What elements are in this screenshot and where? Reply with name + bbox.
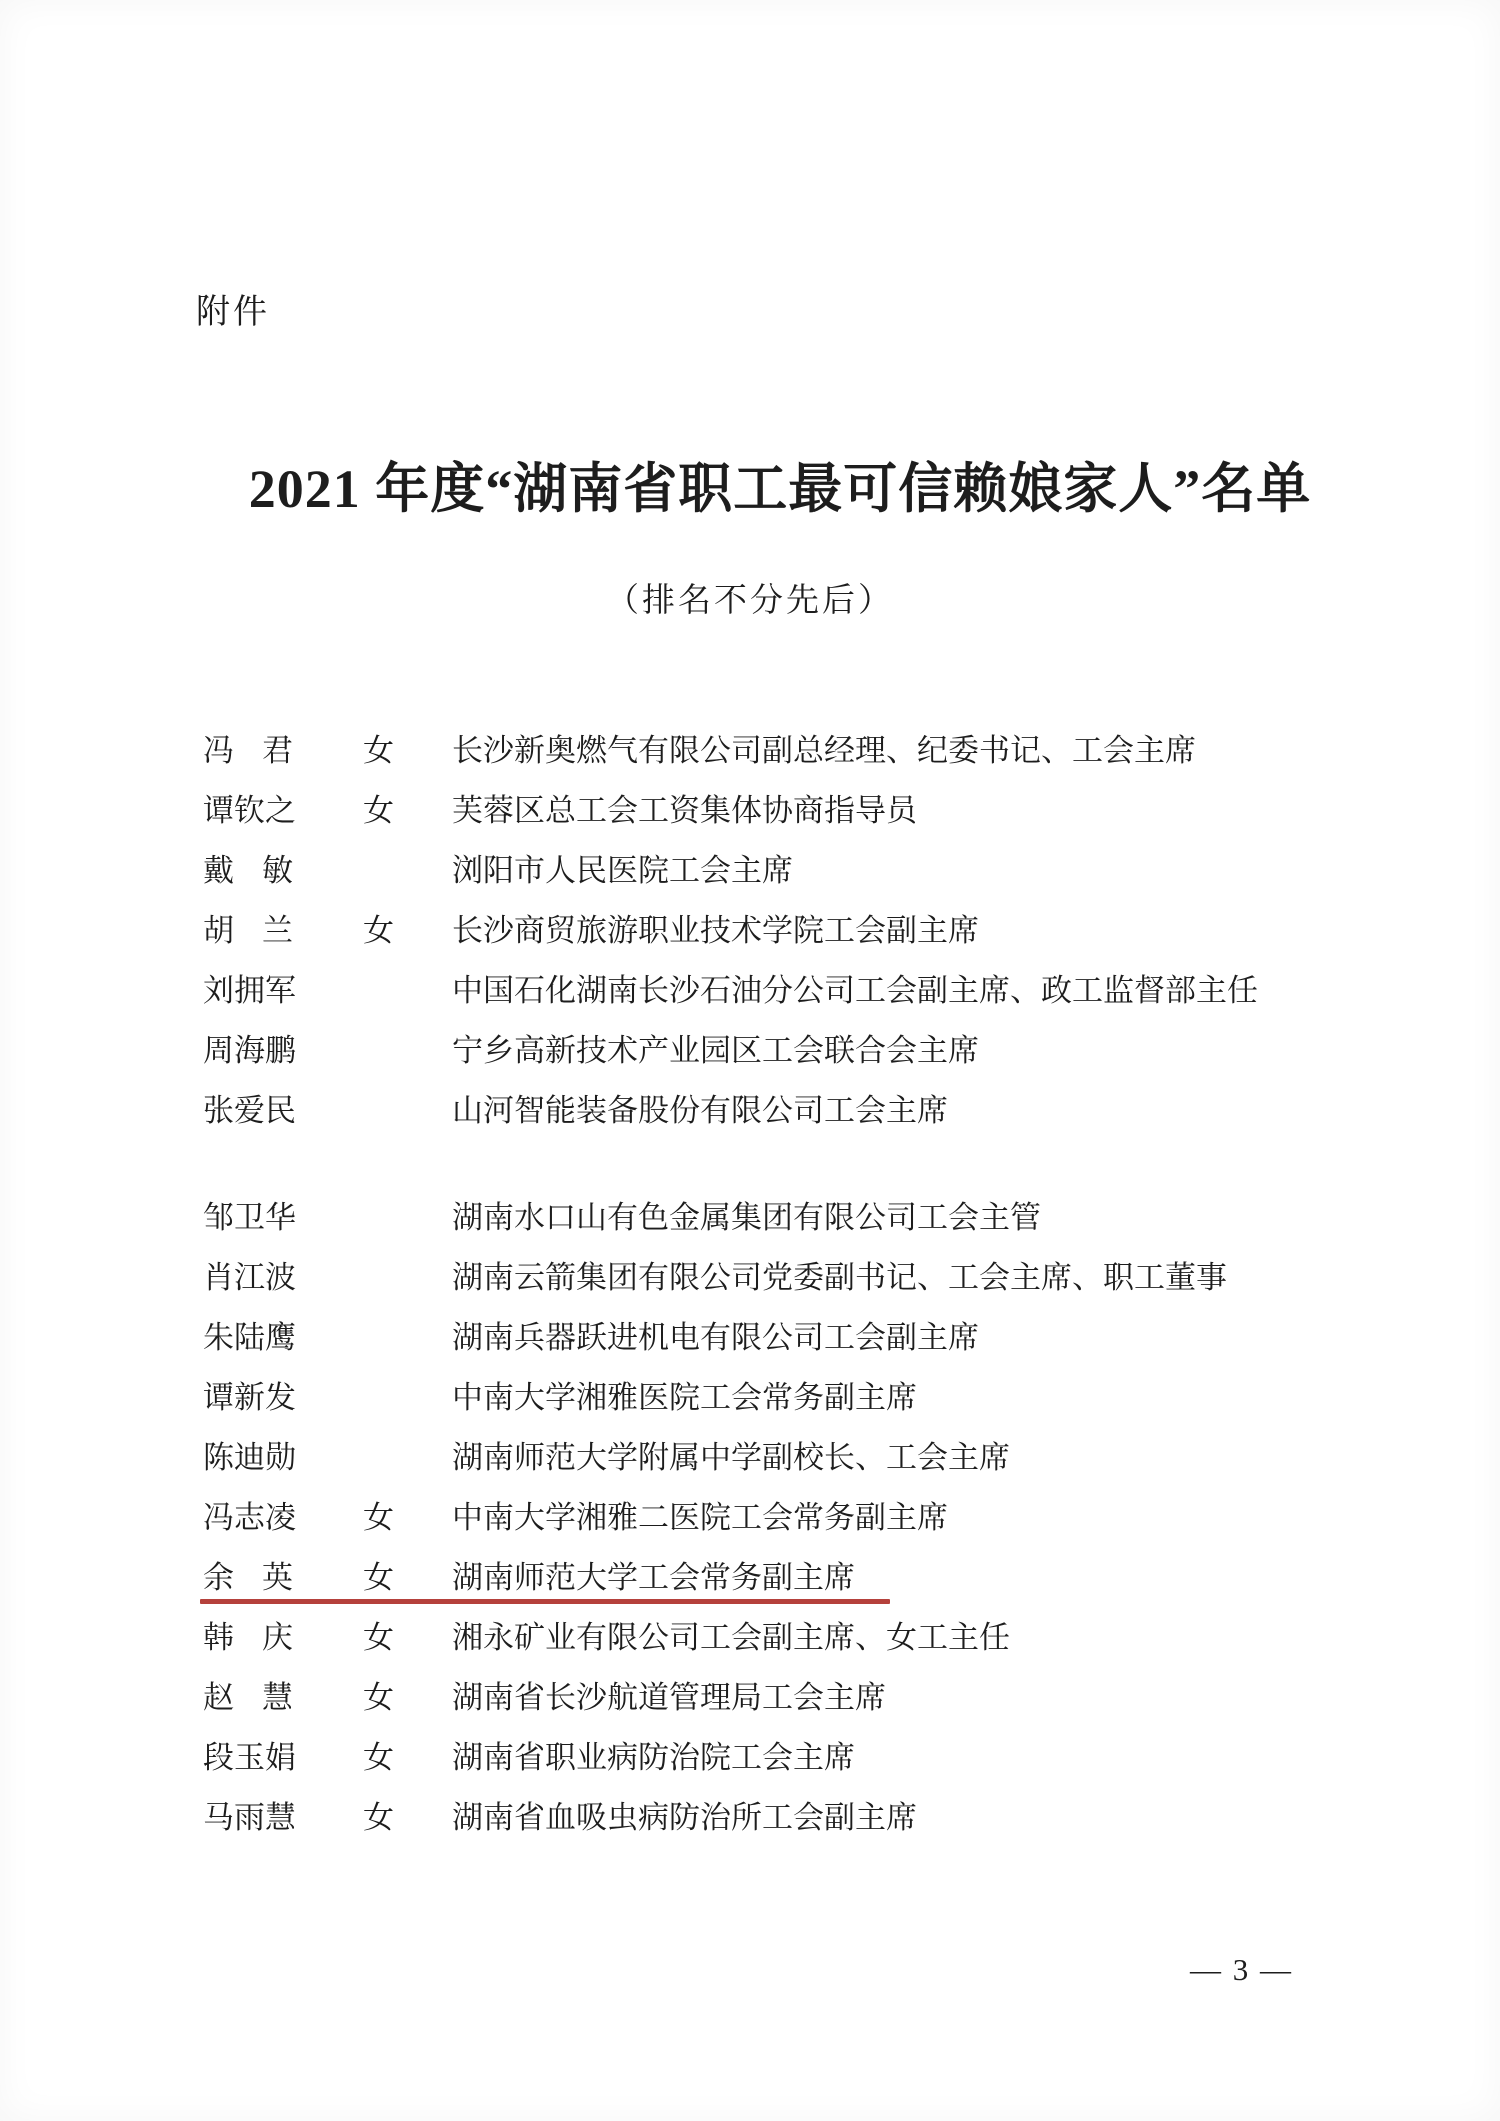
honoree-name-char: 戴 [203, 853, 234, 889]
honoree-gender: 女 [363, 793, 394, 829]
honoree-name-char: 英 [262, 1560, 293, 1596]
honoree-list: 冯君 女 长沙新奥燃气有限公司副总经理、纪委书记、工会主席 谭钦之 女 芙蓉区总… [0, 0, 1500, 2121]
highlight-underline [200, 1599, 890, 1604]
list-row: 刘拥军 中国石化湖南长沙石油分公司工会副主席、政工监督部主任 [0, 973, 1500, 1019]
honoree-gender: 女 [363, 733, 394, 769]
honoree-position: 芙蓉区总工会工资集体协商指导员 [452, 793, 917, 829]
honoree-name: 余英 [203, 1560, 293, 1596]
honoree-name-char: 赵 [203, 1680, 234, 1716]
honoree-name: 刘拥军 [203, 973, 293, 1009]
honoree-name-char: 庆 [262, 1620, 293, 1656]
list-row: 周海鹏 宁乡高新技术产业园区工会联合会主席 [0, 1033, 1500, 1079]
honoree-position: 浏阳市人民医院工会主席 [452, 853, 793, 889]
honoree-name-char: 凌 [265, 1500, 296, 1536]
honoree-name-char: 慧 [262, 1680, 293, 1716]
list-row: 陈迪勋 湖南师范大学附属中学副校长、工会主席 [0, 1440, 1500, 1486]
honoree-name-char: 韩 [203, 1620, 234, 1656]
honoree-position: 中国石化湖南长沙石油分公司工会副主席、政工监督部主任 [452, 973, 1258, 1009]
honoree-name-char: 军 [265, 973, 296, 1009]
list-row: 谭新发 中南大学湘雅医院工会常务副主席 [0, 1380, 1500, 1426]
honoree-name-char: 君 [262, 733, 293, 769]
honoree-name: 谭钦之 [203, 793, 293, 829]
list-row: 朱陆鹰 湖南兵器跃进机电有限公司工会副主席 [0, 1320, 1500, 1366]
honoree-name-char: 拥 [234, 973, 265, 1009]
honoree-name-char: 民 [265, 1093, 296, 1129]
honoree-name-char: 马 [203, 1800, 234, 1836]
honoree-name-char: 张 [203, 1093, 234, 1129]
honoree-name: 陈迪勋 [203, 1440, 293, 1476]
honoree-name-char: 肖 [203, 1260, 234, 1296]
list-row: 余英 女 湖南师范大学工会常务副主席 [0, 1560, 1500, 1606]
honoree-name: 冯君 [203, 733, 293, 769]
honoree-name-char: 陆 [234, 1320, 265, 1356]
honoree-name-char: 发 [265, 1380, 296, 1416]
list-row: 赵慧 女 湖南省长沙航道管理局工会主席 [0, 1680, 1500, 1726]
page-number: — 3 — [1190, 1952, 1293, 1988]
honoree-name: 赵慧 [203, 1680, 293, 1716]
honoree-name: 张爱民 [203, 1093, 293, 1129]
honoree-position: 湖南省血吸虫病防治所工会副主席 [452, 1800, 917, 1836]
honoree-gender: 女 [363, 1680, 394, 1716]
honoree-name-char: 卫 [234, 1200, 265, 1236]
honoree-name-char: 冯 [203, 1500, 234, 1536]
honoree-name: 周海鹏 [203, 1033, 293, 1069]
honoree-name-char: 邹 [203, 1200, 234, 1236]
honoree-name: 朱陆鹰 [203, 1320, 293, 1356]
honoree-position: 湖南师范大学工会常务副主席 [452, 1560, 855, 1596]
honoree-gender: 女 [363, 1620, 394, 1656]
honoree-position: 山河智能装备股份有限公司工会主席 [452, 1093, 948, 1129]
document-page: 附件 2021 年度“湖南省职工最可信赖娘家人”名单 （排名不分先后） 冯君 女… [0, 0, 1500, 2121]
honoree-position: 湖南水口山有色金属集团有限公司工会主管 [452, 1200, 1041, 1236]
honoree-name-char: 兰 [262, 913, 293, 949]
honoree-name-char: 钦 [234, 793, 265, 829]
honoree-name: 胡兰 [203, 913, 293, 949]
honoree-name-char: 鹰 [265, 1320, 296, 1356]
list-row: 段玉娟 女 湖南省职业病防治院工会主席 [0, 1740, 1500, 1786]
honoree-name-char: 娟 [265, 1740, 296, 1776]
honoree-name-char: 新 [234, 1380, 265, 1416]
honoree-name-char: 朱 [203, 1320, 234, 1356]
list-row: 肖江波 湖南云箭集团有限公司党委副书记、工会主席、职工董事 [0, 1260, 1500, 1306]
list-row: 邹卫华 湖南水口山有色金属集团有限公司工会主管 [0, 1200, 1500, 1246]
honoree-name-char: 段 [203, 1740, 234, 1776]
honoree-name: 肖江波 [203, 1260, 293, 1296]
list-row: 谭钦之 女 芙蓉区总工会工资集体协商指导员 [0, 793, 1500, 839]
honoree-position: 湖南省长沙航道管理局工会主席 [452, 1680, 886, 1716]
honoree-position: 宁乡高新技术产业园区工会联合会主席 [452, 1033, 979, 1069]
honoree-gender: 女 [363, 913, 394, 949]
list-row: 冯志凌 女 中南大学湘雅二医院工会常务副主席 [0, 1500, 1500, 1546]
honoree-name-char: 波 [265, 1260, 296, 1296]
honoree-gender: 女 [363, 1800, 394, 1836]
honoree-name: 马雨慧 [203, 1800, 293, 1836]
honoree-name: 段玉娟 [203, 1740, 293, 1776]
list-row: 张爱民 山河智能装备股份有限公司工会主席 [0, 1093, 1500, 1139]
honoree-gender: 女 [363, 1500, 394, 1536]
honoree-name-char: 海 [234, 1033, 265, 1069]
honoree-name-char: 鹏 [265, 1033, 296, 1069]
honoree-position: 中南大学湘雅医院工会常务副主席 [452, 1380, 917, 1416]
honoree-name-char: 之 [265, 793, 296, 829]
honoree-position: 湖南兵器跃进机电有限公司工会副主席 [452, 1320, 979, 1356]
honoree-name-char: 刘 [203, 973, 234, 1009]
honoree-position: 湖南师范大学附属中学副校长、工会主席 [452, 1440, 1010, 1476]
honoree-name-char: 谭 [203, 793, 234, 829]
honoree-name-char: 陈 [203, 1440, 234, 1476]
honoree-position: 长沙商贸旅游职业技术学院工会副主席 [452, 913, 979, 949]
honoree-name-char: 玉 [234, 1740, 265, 1776]
honoree-position: 湖南云箭集团有限公司党委副书记、工会主席、职工董事 [452, 1260, 1227, 1296]
honoree-name: 谭新发 [203, 1380, 293, 1416]
honoree-name-char: 胡 [203, 913, 234, 949]
honoree-name: 戴敏 [203, 853, 293, 889]
honoree-name: 冯志凌 [203, 1500, 293, 1536]
honoree-name-char: 谭 [203, 1380, 234, 1416]
honoree-name-char: 江 [234, 1260, 265, 1296]
honoree-name-char: 余 [203, 1560, 234, 1596]
honoree-name-char: 迪 [234, 1440, 265, 1476]
honoree-position: 中南大学湘雅二医院工会常务副主席 [452, 1500, 948, 1536]
honoree-name-char: 冯 [203, 733, 234, 769]
honoree-name-char: 雨 [234, 1800, 265, 1836]
list-row: 马雨慧 女 湖南省血吸虫病防治所工会副主席 [0, 1800, 1500, 1846]
honoree-name-char: 爱 [234, 1093, 265, 1129]
honoree-name-char: 志 [234, 1500, 265, 1536]
honoree-name-char: 周 [203, 1033, 234, 1069]
honoree-name-char: 华 [265, 1200, 296, 1236]
honoree-name-char: 勋 [265, 1440, 296, 1476]
list-row: 冯君 女 长沙新奥燃气有限公司副总经理、纪委书记、工会主席 [0, 733, 1500, 779]
honoree-name: 邹卫华 [203, 1200, 293, 1236]
honoree-position: 长沙新奥燃气有限公司副总经理、纪委书记、工会主席 [452, 733, 1196, 769]
honoree-position: 湖南省职业病防治院工会主席 [452, 1740, 855, 1776]
list-row: 胡兰 女 长沙商贸旅游职业技术学院工会副主席 [0, 913, 1500, 959]
honoree-name-char: 慧 [265, 1800, 296, 1836]
honoree-position: 湘永矿业有限公司工会副主席、女工主任 [452, 1620, 1010, 1656]
honoree-name-char: 敏 [262, 853, 293, 889]
honoree-gender: 女 [363, 1560, 394, 1596]
honoree-name: 韩庆 [203, 1620, 293, 1656]
list-row: 戴敏 浏阳市人民医院工会主席 [0, 853, 1500, 899]
honoree-gender: 女 [363, 1740, 394, 1776]
list-row: 韩庆 女 湘永矿业有限公司工会副主席、女工主任 [0, 1620, 1500, 1666]
